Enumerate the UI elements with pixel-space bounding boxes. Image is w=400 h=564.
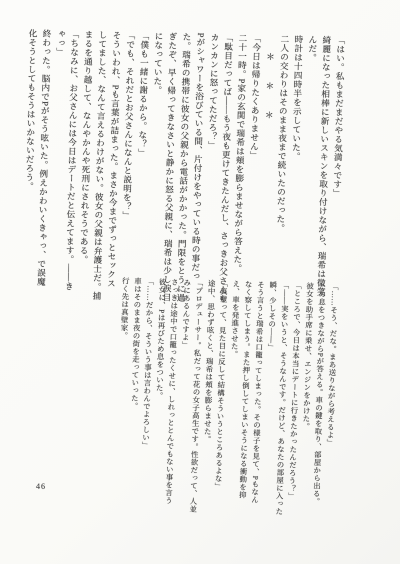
- page-number: 46: [36, 482, 46, 491]
- book-page: 「はい。私もまだまだやる気満々です」綺麗になった相棒に新しいスキンを取り付けなが…: [0, 0, 400, 564]
- upper-text-block: 「はい。私もまだまだやる気満々です」綺麗になった相棒に新しいスキンを取り付けなが…: [20, 29, 348, 296]
- lower-text-block: 「……そう、だな。まあ送りながら考えるよ」ため息をつきながらPが答える。車の鍵を…: [113, 277, 340, 491]
